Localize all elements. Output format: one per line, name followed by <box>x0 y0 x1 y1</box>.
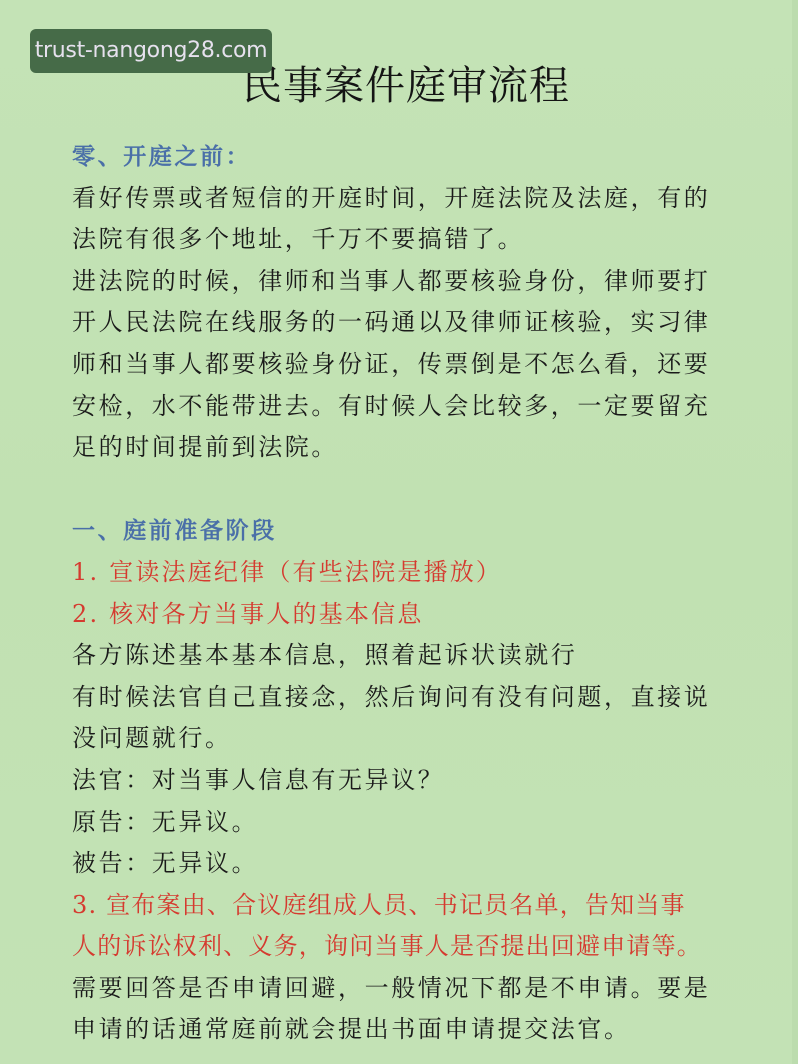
watermark-badge: trust-nangong28.com <box>30 29 272 73</box>
numbered-item-3-continued: 人的诉讼权利、义务，询问当事人是否提出回避申请等。 <box>72 926 772 968</box>
paragraph-line: 需要回答是否申请回避，一般情况下都是不申请。要是 <box>72 968 772 1010</box>
paragraph-line: 安检，水不能带进去。有时候人会比较多，一定要留充 <box>72 386 772 428</box>
section-spacer <box>72 469 772 511</box>
paragraph-line: 各方陈述基本基本信息，照着起诉状读就行 <box>72 635 772 677</box>
paragraph-line: 进法院的时候，律师和当事人都要核验身份，律师要打 <box>72 261 772 303</box>
document-body: 零、开庭之前： 看好传票或者短信的开庭时间，开庭法院及法庭，有的 法院有很多个地… <box>72 136 772 1051</box>
paragraph-line: 有时候法官自己直接念，然后询问有没有问题，直接说 <box>72 677 772 719</box>
dialogue-defendant: 被告：无异议。 <box>72 843 772 885</box>
paragraph-line: 法院有很多个地址，千万不要搞错了。 <box>72 219 772 261</box>
numbered-item-3: 3. 宣布案由、合议庭组成人员、书记员名单，告知当事 <box>72 885 772 927</box>
section-heading: 零、开庭之前： <box>72 136 772 178</box>
paragraph-line: 申请的话通常庭前就会提出书面申请提交法官。 <box>72 1009 772 1051</box>
section-pretrial-preparation: 一、庭前准备阶段 1. 宣读法庭纪律（有些法院是播放） 2. 核对各方当事人的基… <box>72 510 772 1051</box>
page-edge <box>792 0 798 1064</box>
numbered-item-1: 1. 宣读法庭纪律（有些法院是播放） <box>72 552 772 594</box>
paragraph-line: 师和当事人都要核验身份证，传票倒是不怎么看，还要 <box>72 344 772 386</box>
paragraph-line: 足的时间提前到法院。 <box>72 427 772 469</box>
dialogue-plaintiff: 原告：无异议。 <box>72 802 772 844</box>
section-heading: 一、庭前准备阶段 <box>72 510 772 552</box>
document-page: trust-nangong28.com 民事案件庭审流程 零、开庭之前： 看好传… <box>0 0 798 1064</box>
dialogue-judge: 法官：对当事人信息有无异议？ <box>72 760 772 802</box>
paragraph-line: 没问题就行。 <box>72 718 772 760</box>
paragraph-line: 看好传票或者短信的开庭时间，开庭法院及法庭，有的 <box>72 178 772 220</box>
section-before-trial: 零、开庭之前： 看好传票或者短信的开庭时间，开庭法院及法庭，有的 法院有很多个地… <box>72 136 772 469</box>
paragraph-line: 开人民法院在线服务的一码通以及律师证核验，实习律 <box>72 302 772 344</box>
numbered-item-2: 2. 核对各方当事人的基本信息 <box>72 594 772 636</box>
